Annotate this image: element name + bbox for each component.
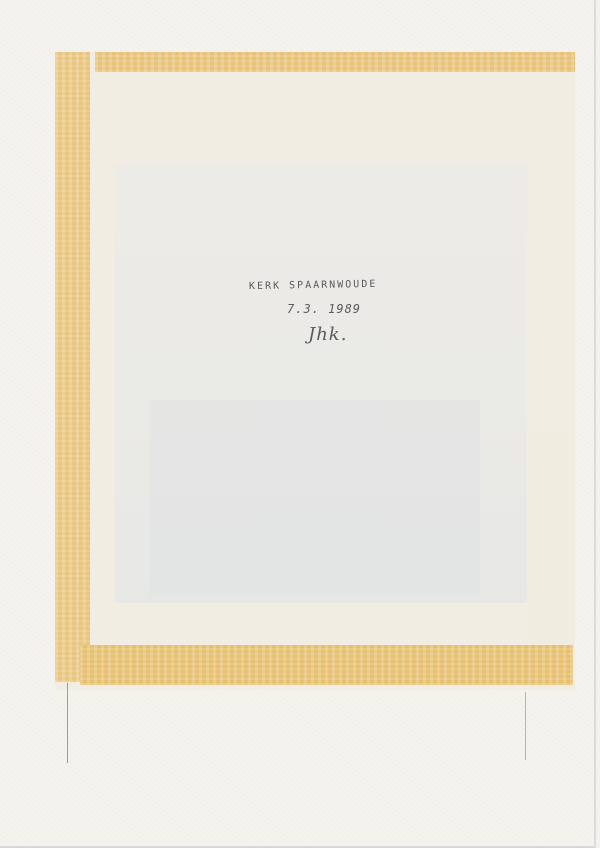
inscription-title: KERK SPAARNWOUDE: [249, 279, 378, 292]
tape-strip-left: [55, 52, 90, 682]
tape-strip-bottom: [80, 645, 573, 685]
pencil-guide-right: [525, 692, 526, 760]
print-shadow: [150, 400, 480, 595]
inscription-date: 7.3. 1989: [287, 302, 361, 316]
artist-signature: Jhk.: [308, 324, 347, 345]
tape-strip-top: [95, 52, 575, 72]
pencil-guide-left: [67, 683, 68, 763]
